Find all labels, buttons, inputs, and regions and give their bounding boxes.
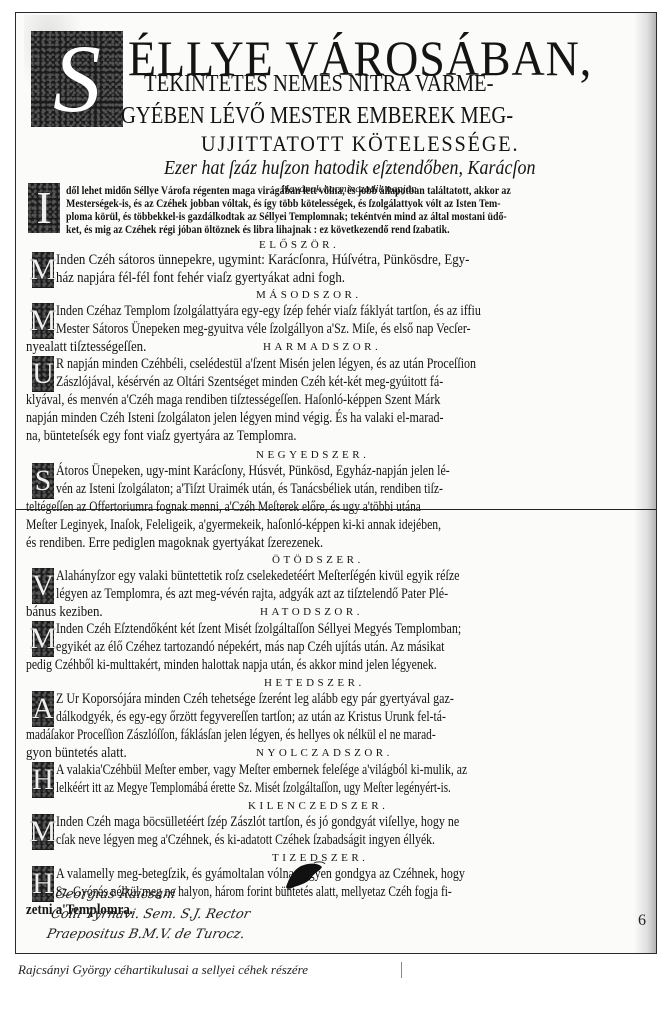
handwritten-signature: Georgius Raicsani Colli Tyrnavi. Sem. S.… [45,885,257,945]
section-line: cſak neve légyen meg a'Czéhnek, és ki-ad… [56,832,435,849]
intro-line: dől lehet midőn Séllye Várofa régenten m… [66,185,511,198]
section-line: légyen az Templomra, és azt meg-vévén ra… [56,586,448,603]
intro-line: ploma körül, és többekkel-is gazdálkodta… [66,211,507,224]
section-line: Inden Czéh Eſztendőként két ſzent Misét … [56,621,461,638]
title-line-3: GYÉBEN LÉVŐ MESTER EMBEREK MEG- [121,103,513,129]
section-line: klyával, és menvén a'Czéh maga rendiben … [26,392,440,409]
section-line: Inden Czéh sátoros ünnepekre, ugymint: K… [56,252,469,269]
intro-line: ket, és mig az Czéhek régi jóban öltözne… [66,224,450,237]
section-heading: KILENCZEDSZER. [248,800,388,813]
section-line: Zászlójával, késérvén az Oltári Szentség… [56,374,443,391]
strikethrough-line [16,509,656,510]
section-heading: ÖTÖDSZER. [272,554,364,567]
document-page: S ÉLLYE VÁROSÁBAN, TEKINTETES NEMES NITR… [15,12,657,954]
section-line: Inden Czéhaz Templom ſzolgálattyára egy-… [56,303,481,320]
section-line: Z Ur Koporsójára minden Czéh tehetsége ſ… [56,691,454,708]
section-line: vén az Isteni ſzolgálaton; a'Tiſzt Uraim… [56,481,443,498]
section-line: ház napjára fél-fél font fehér viaſz gye… [56,270,345,287]
decorative-initial-s: S [32,463,54,499]
decorative-initial-i: I [28,183,60,233]
section-line: Meſter Leginyek, Inaſok, Feleligeik, a'g… [26,517,441,534]
section-heading: HETEDSZER. [264,677,365,690]
section-line: Inden Czéh maga böcsülletéért ſzép Zászl… [56,814,459,831]
decorative-initial-h: H [32,866,54,902]
section-heading: HARMADSZOR. [263,341,381,354]
section-heading: NYOLCZADSZOR. [256,747,393,760]
page-number: 6 [638,912,646,930]
image-caption: Rajcsányi György céhartikulusai a sellye… [18,962,308,978]
decorative-initial-s: S [31,31,123,127]
section-line: gyon büntetés alatt. [26,745,127,762]
section-heading: MÁSODSZOR. [256,289,362,302]
decorative-initial-m: M [32,621,54,657]
section-line: pedig Czéhből ki-multtakért, minden halo… [26,657,437,674]
decorative-initial-h: H [32,762,54,798]
section-line: lelkéért itt az Megye Templomábá érette … [56,780,451,797]
decorative-initial-v: V [32,568,54,604]
section-line-struck: teltégeſſen az Offertoriumra fognak menn… [26,499,421,516]
section-line: dálkodgyék, és egy-egy őrzött fegyvereſſ… [56,709,446,726]
section-line: napján minden Czéh Isteni ſzolgálaton je… [26,410,444,427]
decorative-initial-m: M [32,303,54,339]
decorative-initial-u: U [32,356,54,392]
title-line-2: TEKINTETES NEMES NITRA VARME- [144,71,494,97]
section-line: egyikét az élő Czéhez tartozandó népekér… [56,639,445,656]
section-line: és rendiben. Erre pediglen magoknak gyer… [26,535,323,552]
ink-blot [284,861,326,891]
text-cursor [401,962,402,978]
section-heading: ELŐSZÖR. [259,239,339,252]
section-line: Átoros Ünepeken, ugy-mint Karácſony, Hús… [56,463,450,480]
section-line: bánus keziben. [26,604,103,621]
section-line: A valakia'Czéhbül Meſter ember, vagy Meſ… [56,762,467,779]
decorative-initial-m: M [32,814,54,850]
section-line: madáſakor Proceſſion Zászlóſſon, fáklásſ… [26,727,436,744]
title-line-4: UJJITTATOTT KÖTELESSÉGE. [201,131,519,157]
section-line: Mester Sátoros Ünepeken meg-gyuitva véle… [56,321,471,338]
section-heading: HATODSZOR. [260,606,363,619]
section-line: A valamelly meg-betegſzik, és gyámoltala… [56,866,465,883]
section-line: Alahányſzor egy valaki büntettetik roſz … [56,568,460,585]
page-edge-shadow [634,13,656,953]
decorative-initial-a: A [32,691,54,727]
section-line: nyealatt tiſztességeſſen. [26,339,146,356]
decorative-initial-m: M [32,252,54,288]
intro-line: Mesterségek-is, és az Czéhek jobban vólt… [66,198,501,211]
section-line: na, bünteteſsék egy font viaſz gyertyára… [26,428,296,445]
section-line: R napján minden Czéhbéli, cselédestül a'… [56,356,476,373]
section-heading: NEGYEDSZER. [256,449,369,462]
